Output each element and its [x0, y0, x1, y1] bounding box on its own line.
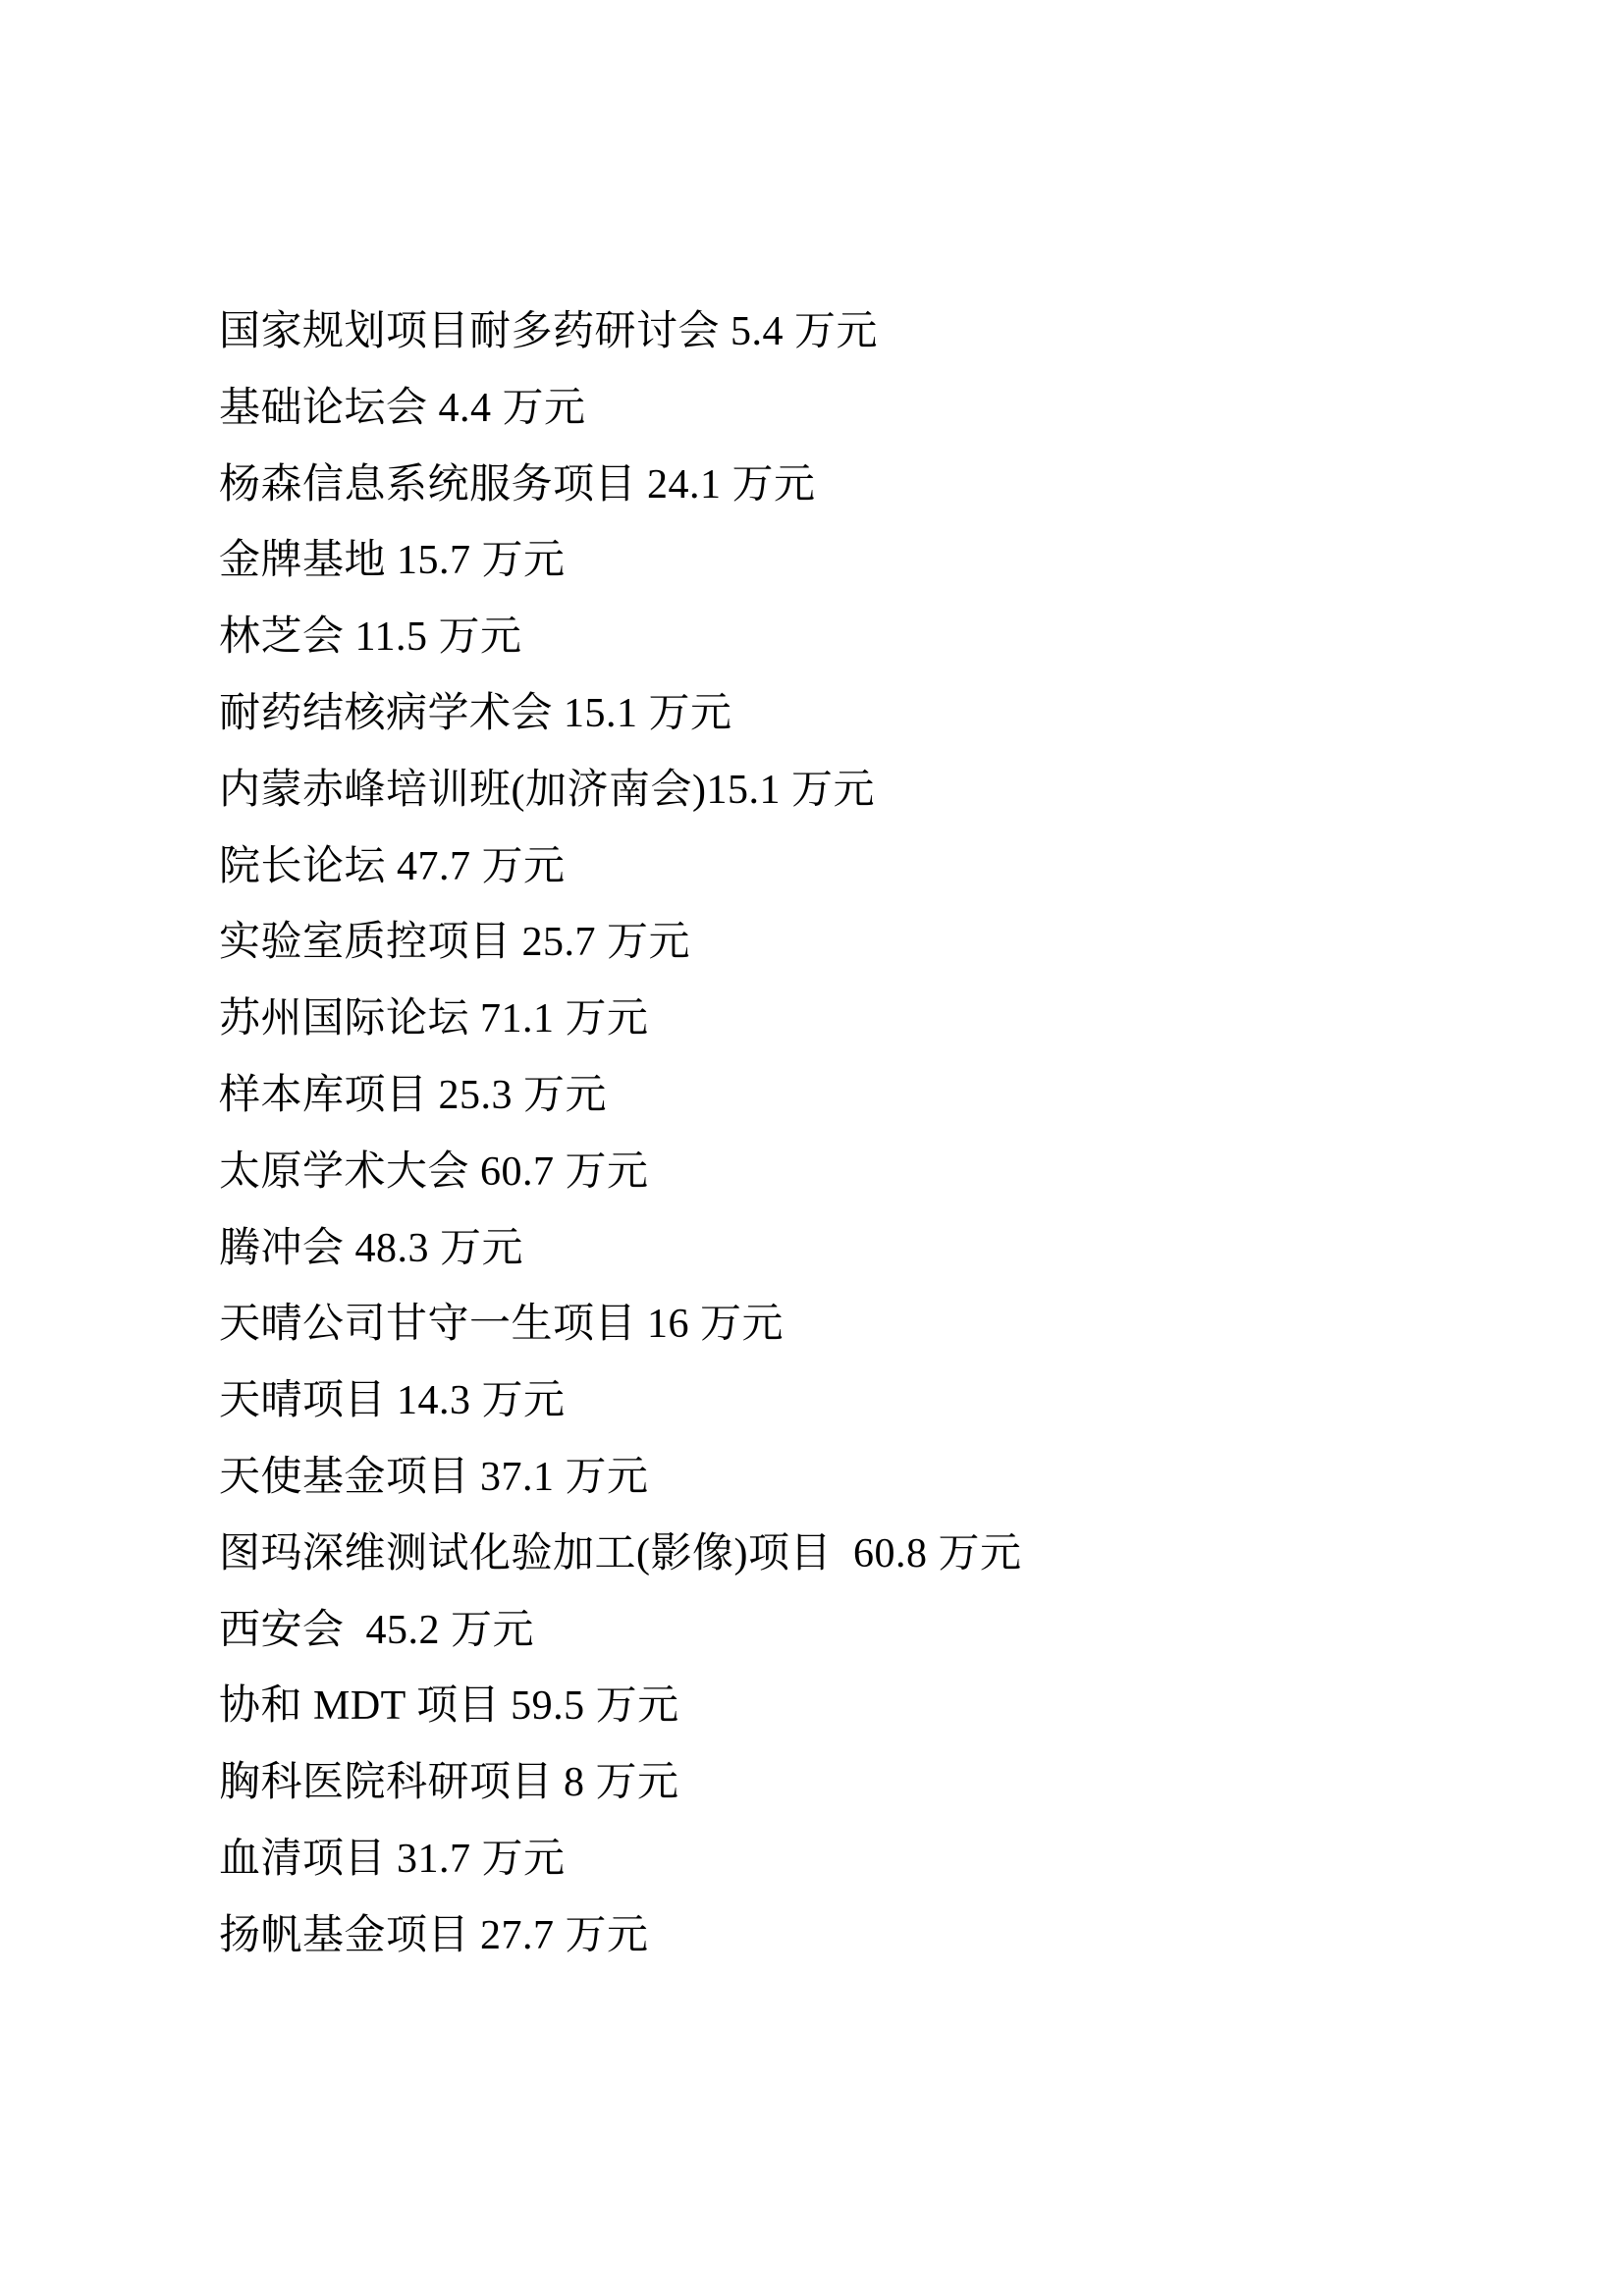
document-line: 实验室质控项目 25.7 万元 — [219, 905, 1495, 982]
document-line: 苏州国际论坛 71.1 万元 — [219, 982, 1495, 1058]
document-line: 太原学术大会 60.7 万元 — [219, 1135, 1495, 1211]
document-line: 天晴公司甘守一生项目 16 万元 — [219, 1287, 1495, 1363]
document-line: 杨森信息系统服务项目 24.1 万元 — [219, 448, 1495, 524]
document-page: 国家规划项目耐多药研讨会 5.4 万元 基础论坛会 4.4 万元 杨森信息系统服… — [0, 0, 1624, 2296]
document-line: 协和 MDT 项目 59.5 万元 — [219, 1669, 1495, 1745]
document-line: 胸科医院科研项目 8 万元 — [219, 1745, 1495, 1822]
document-line: 林芝会 11.5 万元 — [219, 600, 1495, 676]
document-line: 国家规划项目耐多药研讨会 5.4 万元 — [219, 294, 1495, 371]
document-body: 国家规划项目耐多药研讨会 5.4 万元 基础论坛会 4.4 万元 杨森信息系统服… — [219, 294, 1495, 1975]
document-line: 耐药结核病学术会 15.1 万元 — [219, 676, 1495, 753]
document-line: 腾冲会 48.3 万元 — [219, 1211, 1495, 1288]
document-line: 基础论坛会 4.4 万元 — [219, 371, 1495, 448]
document-line: 扬帆基金项目 27.7 万元 — [219, 1898, 1495, 1975]
document-line: 样本库项目 25.3 万元 — [219, 1058, 1495, 1135]
document-line: 血清项目 31.7 万元 — [219, 1822, 1495, 1898]
document-line: 图玛深维测试化验加工(影像)项目 60.8 万元 — [219, 1517, 1495, 1593]
document-line: 西安会 45.2 万元 — [219, 1593, 1495, 1670]
document-line: 内蒙赤峰培训班(加济南会)15.1 万元 — [219, 753, 1495, 829]
document-line: 金牌基地 15.7 万元 — [219, 523, 1495, 600]
document-line: 天使基金项目 37.1 万元 — [219, 1440, 1495, 1517]
document-line: 院长论坛 47.7 万元 — [219, 829, 1495, 906]
document-line: 天晴项目 14.3 万元 — [219, 1363, 1495, 1440]
